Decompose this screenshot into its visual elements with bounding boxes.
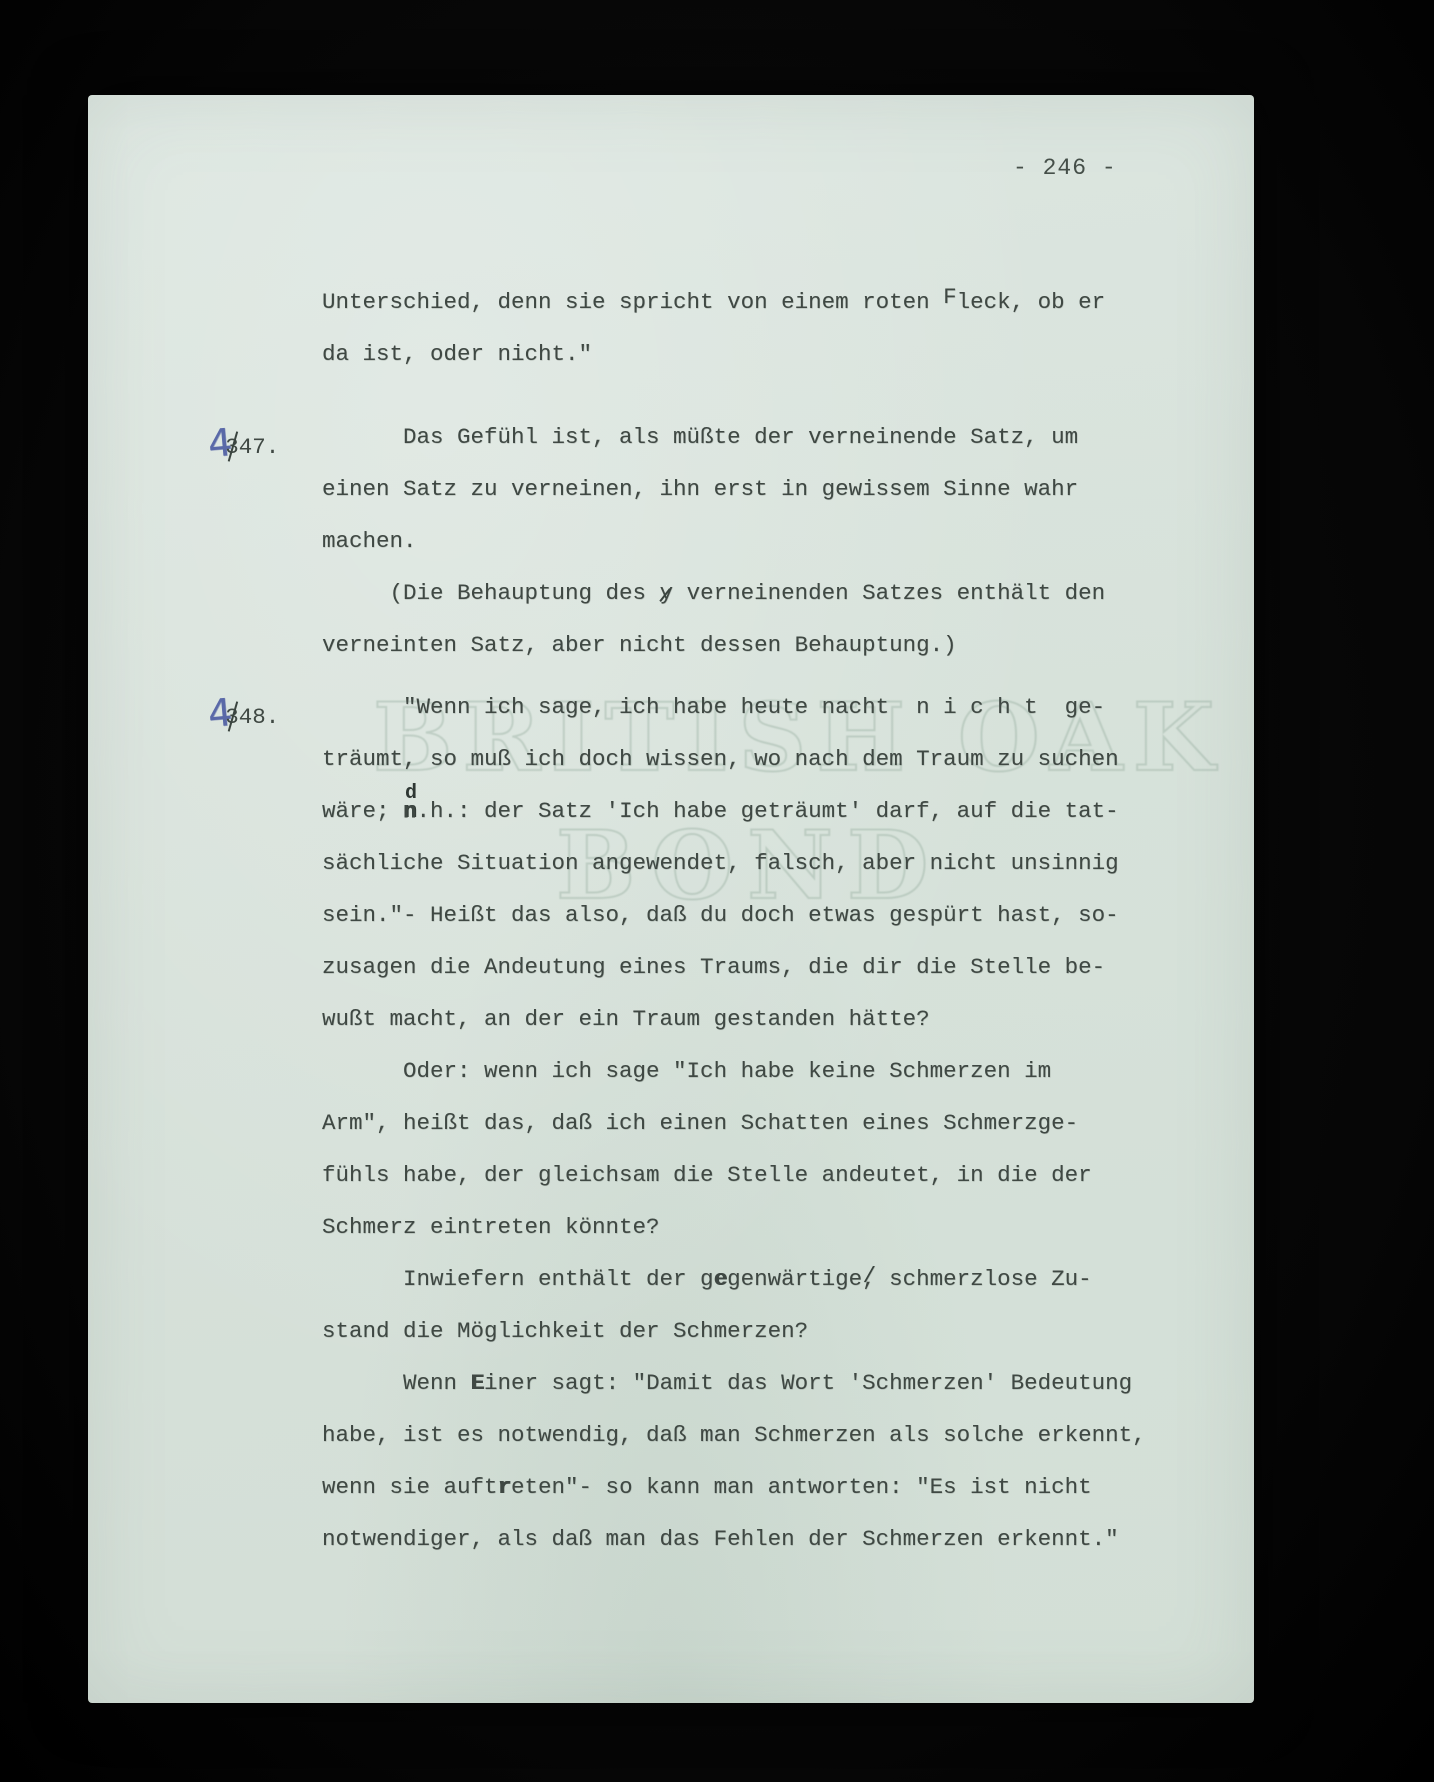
paragraph-block: 4347. Das Gefühl ist, als müßte der vern… (322, 420, 1182, 680)
struck-out-digit: 3 (225, 704, 239, 730)
section-number-digits: 47. (239, 434, 280, 460)
text-line: Das Gefühl ist, als müßte der verneinend… (322, 420, 1182, 472)
struck-out-digit: 3 (225, 434, 239, 460)
section-number-digits: 48. (239, 704, 280, 730)
text-line: fühls habe, der gleichsam die Stelle and… (322, 1158, 1182, 1210)
text-line: verneinten Satz, aber nicht dessen Behau… (322, 628, 1182, 680)
text-line: sächliche Situation angewendet, falsch, … (322, 846, 1182, 898)
text-line: Unterschied, denn sie spricht von einem … (322, 285, 1182, 337)
text-line: Schmerz eintreten könnte? (322, 1210, 1182, 1262)
page-number: - 246 - (1013, 155, 1117, 181)
text-line: "Wenn ich sage, ich habe heute nacht n i… (322, 690, 1182, 742)
text-line: Oder: wenn ich sage "Ich habe keine Schm… (322, 1054, 1182, 1106)
text-line: sein."- Heißt das also, daß du doch etwa… (322, 898, 1182, 950)
text-line: wäre; n.h.: der Satz 'Ich habe geträumt'… (322, 794, 1182, 846)
photo-background: - 246 - BRITISH OAK BOND Unterschied, de… (0, 0, 1434, 1782)
text-line: da ist, oder nicht." (322, 337, 1182, 389)
text-line: wenn sie auftreten"- so kann man antwort… (322, 1470, 1182, 1522)
paragraph-block: 4348. "Wenn ich sage, ich habe heute nac… (322, 690, 1182, 1574)
text-line: Arm", heißt das, daß ich einen Schatten … (322, 1106, 1182, 1158)
section-number: 4347. (208, 418, 279, 462)
text-line: notwendiger, als daß man das Fehlen der … (322, 1522, 1182, 1574)
text-line: stand die Möglichkeit der Schmerzen? (322, 1314, 1182, 1366)
section-number: 4348. (208, 688, 279, 732)
text-line: Inwiefern enthält der gegenwärtige, schm… (322, 1262, 1182, 1314)
text-body: Unterschied, denn sie spricht von einem … (322, 257, 1182, 1574)
text-line: träumt, so muß ich doch wissen, wo nach … (322, 742, 1182, 794)
text-line: Wenn Einer sagt: "Damit das Wort 'Schmer… (322, 1366, 1182, 1418)
text-line: habe, ist es notwendig, daß man Schmerze… (322, 1418, 1182, 1470)
document-page: - 246 - BRITISH OAK BOND Unterschied, de… (88, 95, 1254, 1703)
text-line: machen. (322, 524, 1182, 576)
text-line: wußt macht, an der ein Traum gestanden h… (322, 1002, 1182, 1054)
text-line: (Die Behauptung des y verneinenden Satze… (322, 576, 1182, 628)
text-line: einen Satz zu verneinen, ihn erst in gew… (322, 472, 1182, 524)
text-line: zusagen die Andeutung eines Traums, die … (322, 950, 1182, 1002)
paragraph-block: Unterschied, denn sie spricht von einem … (322, 285, 1182, 389)
